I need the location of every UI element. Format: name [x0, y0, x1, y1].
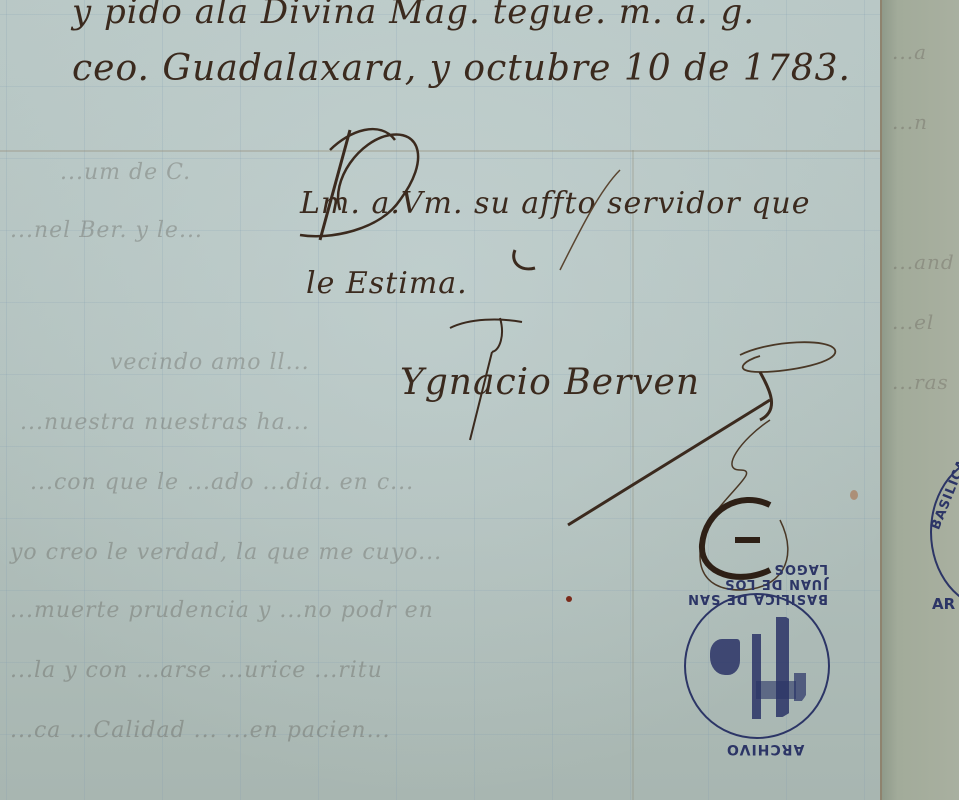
bleed-through-line: ...a: [892, 40, 927, 64]
stamp-ring-text: BASILICA DE SAN JUAN DE LOS LAGOS: [680, 561, 828, 606]
bleed-through-line: ...el: [892, 310, 934, 334]
bleed-through-line: ...ras: [892, 370, 949, 394]
bleed-through-line: ...n: [892, 110, 928, 134]
manuscript-page: ...um de C. ...nel Ber. y le... vecindo …: [0, 0, 959, 800]
ink-speck: [566, 596, 572, 602]
adjacent-page-edge: ...a ...n ...and ...el ...ras: [880, 0, 959, 800]
stain-speck: [850, 490, 858, 500]
archive-stamp: BASILICA DE SAN JUAN DE LOS LAGOS ARCHIV…: [684, 593, 830, 739]
basilica-towers-icon: [700, 609, 814, 723]
stamp-bottom-text: ARCHIVO: [726, 741, 804, 757]
stamp-bottom-text: AR: [932, 595, 955, 613]
bleed-through-line: ...and: [892, 250, 955, 274]
